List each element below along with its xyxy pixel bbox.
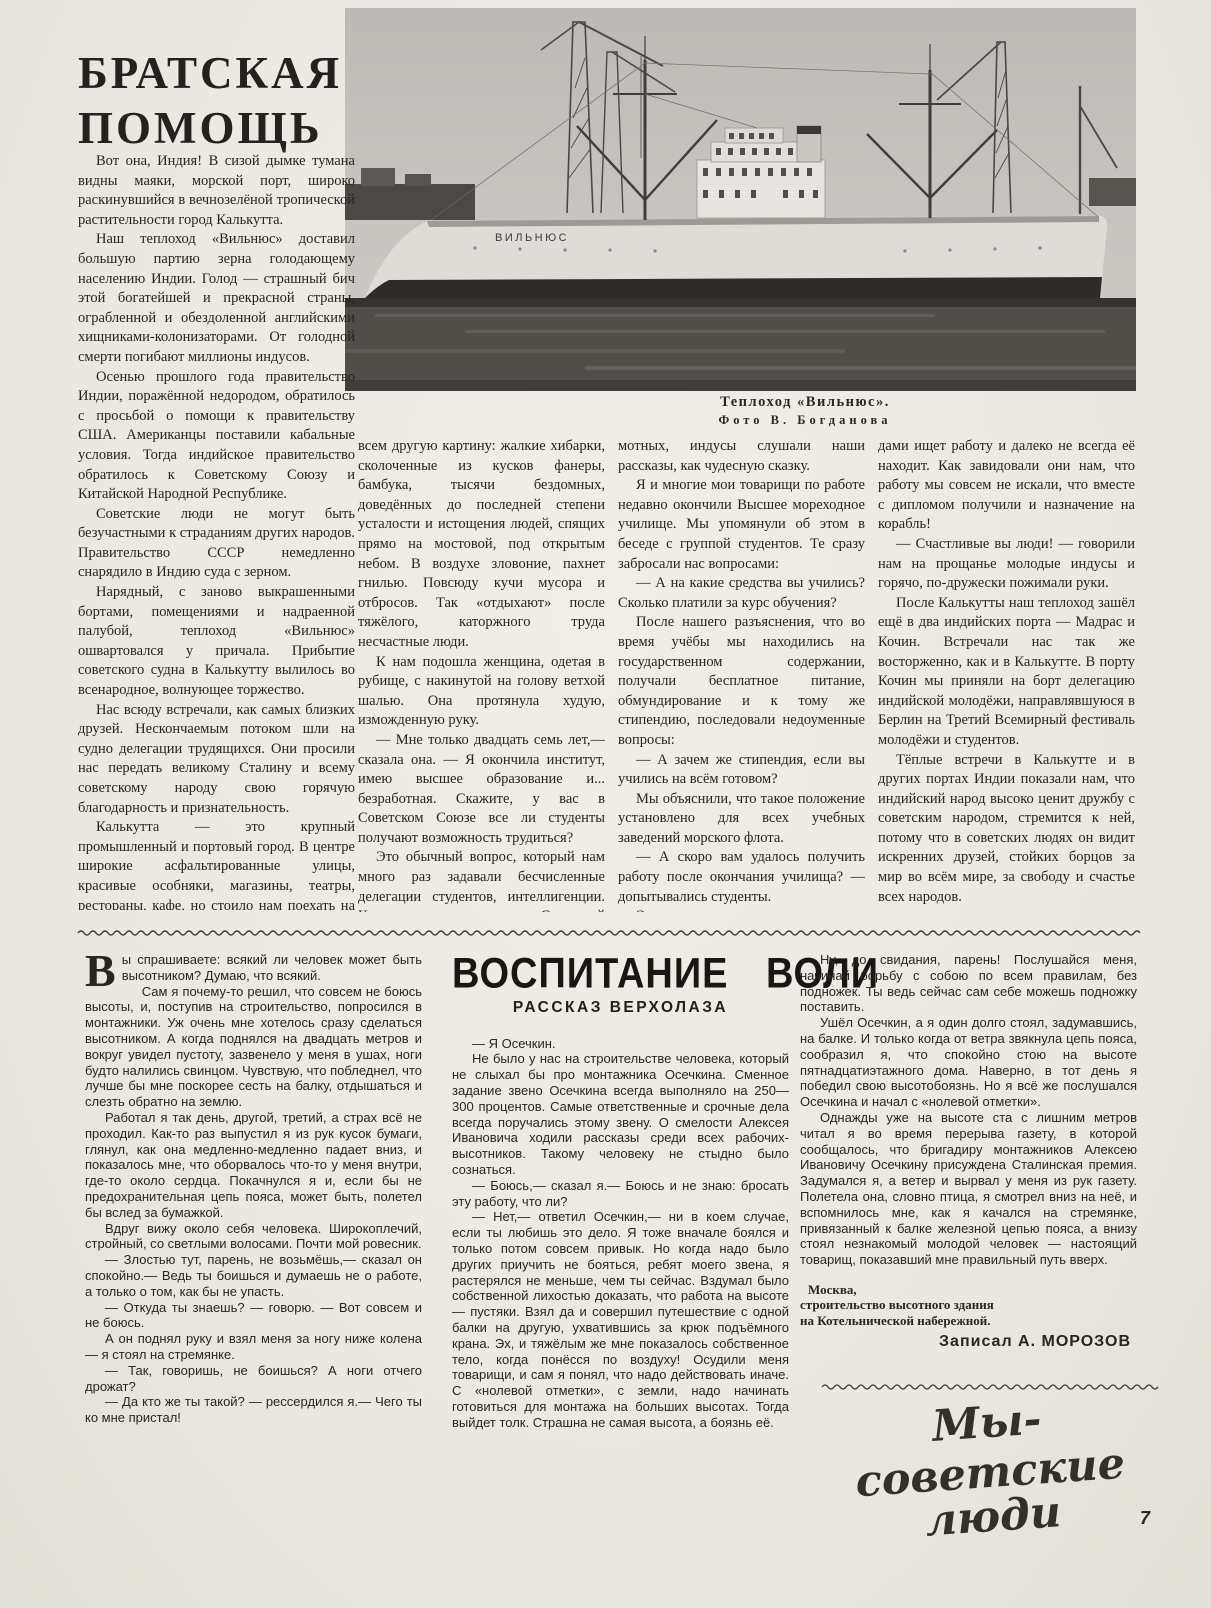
paragraph: Мы объяснили, что такое положение устано… (618, 790, 865, 849)
article2-recorded-by: Записал А. МОРОЗОВ (800, 1334, 1137, 1350)
article2-column-1-text: ы спрашиваете: всякий ли человек может б… (85, 952, 422, 1426)
article1-column-4-text: дами ищет работу и далеко не всегда её н… (878, 437, 1135, 907)
photo-caption-title: Теплоход «Вильнюс». (640, 394, 970, 411)
paragraph: Ну, до свидания, парень! Послушайся меня… (800, 952, 1137, 1015)
paragraph: Наш теплоход «Вильнюс» доставил большую … (78, 230, 355, 367)
paragraph: на Котельнической набережной. (800, 1313, 1137, 1329)
paragraph: мотных, индусы слушали наши рассказы, ка… (618, 437, 865, 476)
article2-column-3: Ну, до свидания, парень! Послушайся меня… (800, 952, 1137, 1382)
paragraph: — Так, говоришь, не боишься? А ноги отче… (85, 1363, 422, 1395)
article1-column-4: дами ищет работу и далеко не всегда её н… (878, 437, 1135, 912)
paragraph: Советские люди не могут быть безучастным… (78, 505, 355, 583)
photo-caption-credit: Фото В. Богданова (640, 413, 970, 428)
paragraph: После Калькутты наш теплоход зашёл ещё в… (878, 594, 1135, 751)
paragraph: ы спрашиваете: всякий ли человек может б… (85, 952, 422, 984)
paragraph: — Нет,— ответил Осечкин,— ни в коем случ… (452, 1209, 789, 1430)
paragraph: — Боюсь,— сказал я.— Боюсь и не знаю: бр… (452, 1178, 789, 1210)
paragraph: Нарядный, с заново выкрашенными бортами,… (78, 583, 355, 701)
article2-column-2-text: — Я Осечкин.Не было у нас на строительст… (452, 1036, 789, 1431)
ship-name: ВИЛЬНЮС (495, 232, 569, 244)
article2-subtitle: РАССКАЗ ВЕРХОЛАЗА (452, 1000, 789, 1016)
article1-column-2: всем другую картину: жалкие хибарки, ско… (358, 437, 605, 912)
magazine-page: БРАТСКАЯПОМОЩЬ (0, 0, 1211, 1608)
paragraph: Вдруг вижу около себя человека. Широкопл… (85, 1221, 422, 1253)
paragraph: — Я Осечкин. (452, 1036, 789, 1052)
article2-title: ВОСПИТАНИЕ ВОЛИ (452, 966, 789, 984)
page-number: 7 (1140, 1508, 1150, 1529)
paragraph: — Счастливые вы люди! — говорили нам на … (878, 535, 1135, 594)
paragraph: Я и многие мои товарищи по работе недавн… (618, 476, 865, 574)
paragraph: Тёплые встречи в Калькутте и в других по… (878, 751, 1135, 908)
paragraph: К нам подошла женщина, одетая в рубище, … (358, 653, 605, 731)
paragraph: — А скоро вам удалось получить работу по… (618, 848, 865, 907)
paragraph: — А зачем же стипендия, если вы учились … (618, 751, 865, 790)
article1-headline: БРАТСКАЯПОМОЩЬ (78, 46, 368, 156)
article1-headline-line1: БРАТСКАЯ (78, 48, 342, 98)
paragraph: Это обычный вопрос, который нам много ра… (358, 848, 605, 912)
article1-headline-line2: ПОМОЩЬ (78, 103, 323, 153)
paragraph: Калькутта — это крупный промышленный и п… (78, 818, 355, 910)
paragraph: Сам я почему-то решил, что совсем не бою… (85, 984, 422, 1110)
paragraph: Не было у нас на строительстве человека,… (452, 1051, 789, 1177)
ship-photo-illustration: ВИЛЬНЮС (345, 8, 1136, 391)
paragraph: Ушёл Осечкин, а я один долго стоял, заду… (800, 1015, 1137, 1110)
paragraph: — Откуда ты знаешь? — говорю. — Вот совс… (85, 1300, 422, 1332)
paragraph: Нас всюду встречали, как самых близких д… (78, 701, 355, 819)
article1-column-3: мотных, индусы слушали наши рассказы, ка… (618, 437, 865, 912)
paragraph: — Да кто же ты такой? — рессердился я.— … (85, 1394, 422, 1426)
water (345, 298, 1136, 391)
handwritten-slogan: Мы-советские люди (810, 1386, 1169, 1554)
paragraph: строительство высотного здания (800, 1297, 1137, 1313)
paragraph: — Злостью тут, парень, не возьмёшь,— ска… (85, 1252, 422, 1299)
article2-place-credit: Москва,строительство высотного зданияна … (800, 1282, 1137, 1329)
ship-photo: ВИЛЬНЮС (345, 8, 1136, 391)
article1-column-1: Вот она, Индия! В сизой дымке тумана вид… (78, 152, 355, 910)
article2-column-2: ВОСПИТАНИЕ ВОЛИ РАССКАЗ ВЕРХОЛАЗА — Я Ос… (452, 952, 789, 1512)
paragraph: Этот вопрос интересовал всех, и это поня… (618, 907, 865, 912)
paragraph: Работал я так день, другой, третий, а ст… (85, 1110, 422, 1221)
paragraph: После нашего разъяснения, что во время у… (618, 613, 865, 750)
article2-drop-cap: В (85, 952, 122, 988)
section-divider (78, 928, 1136, 938)
paragraph: — Мне только двадцать семь лет,— сказала… (358, 731, 605, 849)
article2-column-3-text: Ну, до свидания, парень! Послушайся меня… (800, 952, 1137, 1268)
paragraph: А он поднял руку и взял меня за ногу ниж… (85, 1331, 422, 1363)
paragraph: — А на какие средства вы учились? Скольк… (618, 574, 865, 613)
paragraph: Вот она, Индия! В сизой дымке тумана вид… (78, 152, 355, 230)
paragraph: дами ищет работу и далеко не всегда её н… (878, 437, 1135, 535)
paragraph: Однажды уже на высоте ста с лишним метро… (800, 1110, 1137, 1268)
photo-caption: Теплоход «Вильнюс». Фото В. Богданова (640, 394, 970, 428)
paragraph: Осенью прошлого года правительство Индии… (78, 368, 355, 505)
article2-column-1: В ы спрашиваете: всякий ли человек может… (85, 952, 422, 1512)
paragraph: Москва, (800, 1282, 1137, 1298)
paragraph: всем другую картину: жалкие хибарки, ско… (358, 437, 605, 653)
